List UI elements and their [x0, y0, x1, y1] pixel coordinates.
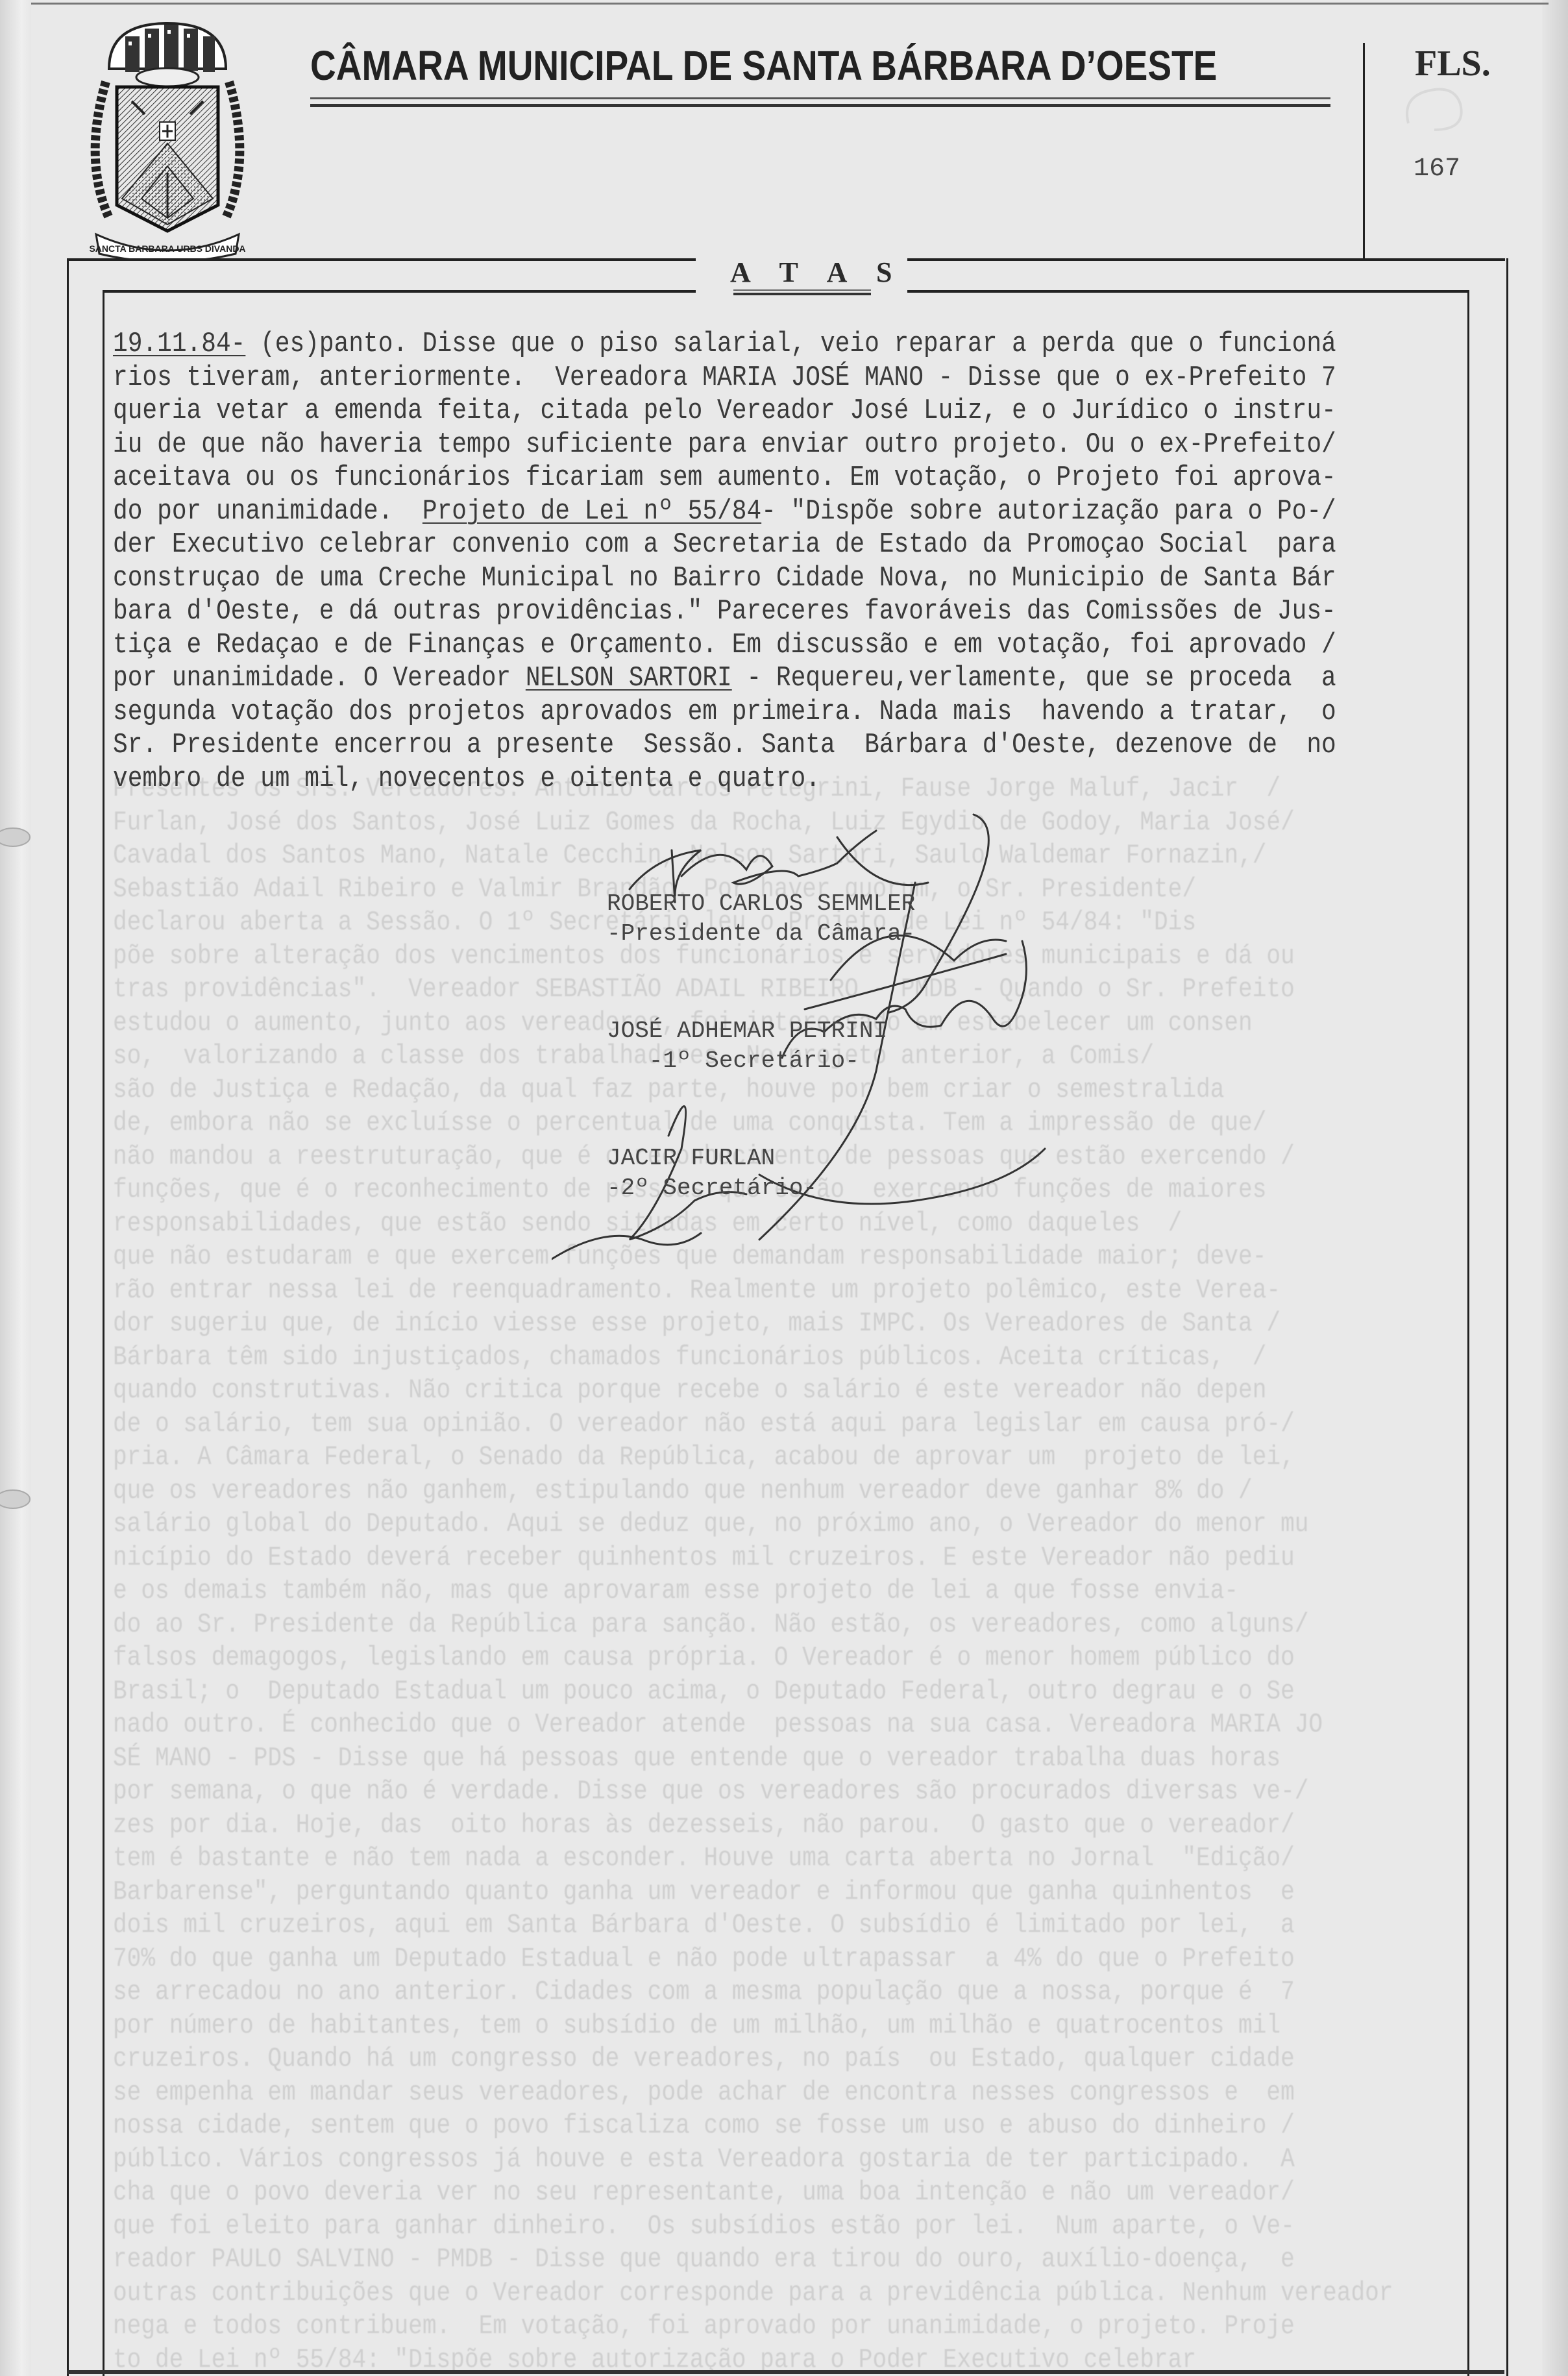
underlined-reference: Projeto de Lei nº 55/84	[423, 495, 761, 528]
text-segment: - "Dispõe sobre autorização para o Po-/	[761, 495, 1336, 528]
title-rule	[310, 97, 1330, 99]
text-segment: tiça e Redaçao e de Finanças e Orçamento…	[113, 629, 1336, 661]
section-title-underline	[733, 289, 871, 291]
page-binding-edge	[0, 0, 31, 2376]
minutes-line: vembro de um mil, novecentos e oitenta e…	[113, 763, 1296, 796]
bleed-through-line: quando construtivas. Não critica porque …	[113, 1374, 1296, 1408]
bleed-through-line: falsos demagogos, legislando em causa pr…	[113, 1641, 1296, 1675]
bleed-through-line: salário global do Deputado. Aqui se dedu…	[113, 1508, 1296, 1541]
bleed-through-line: se arrecadou no ano anterior. Cidades co…	[113, 1976, 1296, 2009]
signatory-block: ROBERTO CARLOS SEMMLER -Presidente da Câ…	[607, 889, 915, 1203]
text-segment: bara d'Oeste, e dá outras providências."…	[113, 595, 1336, 628]
page-right-edge	[1542, 0, 1568, 2376]
bleed-through-line: 70% do que ganha um Deputado Estadual e …	[113, 1942, 1296, 1976]
text-segment: Sr. Presidente encerrou a presente Sessã…	[113, 729, 1336, 761]
section-title-underline	[733, 293, 871, 295]
bleed-through-line: zes por dia. Hoje, das oito horas às dez…	[113, 1809, 1296, 1843]
bleed-through-line: de o salário, tem sua opinião. O vereado…	[113, 1408, 1296, 1441]
minutes-line: der Executivo celebrar convenio com a Se…	[113, 528, 1296, 562]
text-segment: iu de que não haveria tempo suficiente p…	[113, 428, 1336, 461]
bleed-through-line: reador PAULO SALVINO - PMDB - Disse que …	[113, 2243, 1296, 2277]
text-segment: aceitava ou os funcionários ficariam sem…	[113, 461, 1336, 494]
underlined-reference: 19.11.84-	[113, 328, 245, 360]
text-segment: segunda votação dos projetos aprovados e…	[113, 696, 1336, 728]
bleed-through-line: Brasil; o Deputado Estadual um pouco aci…	[113, 1675, 1296, 1709]
text-segment: der Executivo celebrar convenio com a Se…	[113, 528, 1336, 561]
bleed-through-line: SÉ MANO - PDS - Disse que há pessoas que…	[113, 1742, 1296, 1776]
minutes-body: 19.11.84- (es)panto. Disse que o piso sa…	[113, 328, 1296, 796]
text-segment: construçao de uma Creche Municipal no Ba…	[113, 562, 1336, 594]
bleed-through-line: nicípio do Estado deverá receber quinhen…	[113, 1541, 1296, 1575]
bleed-through-line: que foi eleito para ganhar dinheiro. Os …	[113, 2210, 1296, 2244]
bleed-through-line: nossa cidade, sentem que o povo fiscaliz…	[113, 2109, 1296, 2143]
minutes-line: 19.11.84- (es)panto. Disse que o piso sa…	[113, 328, 1296, 361]
bleed-through-line: Bárbara têm sido injustiçados, chamados …	[113, 1341, 1296, 1375]
minutes-line: tiça e Redaçao e de Finanças e Orçamento…	[113, 629, 1296, 663]
signatory-role: -1º Secretário-	[607, 1046, 915, 1076]
bleed-through-line: nado outro. É conhecido que o Vereador a…	[113, 1708, 1296, 1742]
text-segment: (es)panto. Disse que o piso salarial, ve…	[245, 328, 1336, 360]
bleed-through-line: se empenha em mandar seus vereadores, po…	[113, 2076, 1296, 2110]
binder-ring-hole	[0, 818, 39, 857]
text-segment: do por unanimidade.	[113, 495, 423, 528]
bleed-through-line: por número de habitantes, tem o subsídio…	[113, 2009, 1296, 2043]
bleed-through-line: Barbarense", perguntando quanto ganha um…	[113, 1876, 1296, 1909]
minutes-line: rios tiveram, anteriormente. Vereadora M…	[113, 361, 1296, 395]
frame-rule	[907, 290, 1467, 293]
minutes-line: por unanimidade. O Vereador NELSON SARTO…	[113, 662, 1296, 696]
signatory-name: JACIR FURLAN	[607, 1144, 915, 1173]
municipal-coat-of-arms-icon: SANCTA BARBARA URBS DIVANDA	[70, 10, 265, 260]
bleed-through-line: do ao Sr. Presidente da República para s…	[113, 1608, 1296, 1642]
bleed-through-line: cha que o povo deveria ver no seu repres…	[113, 2176, 1296, 2210]
minutes-line: do por unanimidade. Projeto de Lei nº 55…	[113, 495, 1296, 529]
title-rule	[310, 104, 1330, 107]
minutes-line: iu de que não haveria tempo suficiente p…	[113, 428, 1296, 462]
section-title: A T A S	[730, 256, 904, 289]
minutes-line: bara d'Oeste, e dá outras providências."…	[113, 595, 1296, 629]
folio-number: 167	[1414, 154, 1460, 184]
bleed-through-line: dois mil cruzeiros, aqui em Santa Bárbar…	[113, 1909, 1296, 1942]
bleed-through-line: que os vereadores não ganhem, estipuland…	[113, 1475, 1296, 1508]
page-top-border	[31, 3, 1549, 5]
text-segment: rios tiveram, anteriormente. Vereadora M…	[113, 361, 1336, 394]
bleed-through-line: dor sugeriu que, de início viesse esse p…	[113, 1307, 1296, 1341]
bleed-through-line: tem é bastante e não tem nada a esconder…	[113, 1842, 1296, 1876]
bleed-through-line: por semana, o que não é verdade. Disse q…	[113, 1775, 1296, 1809]
minutes-line: segunda votação dos projetos aprovados e…	[113, 696, 1296, 729]
bleed-through-line: pria. A Câmara Federal, o Senado da Repú…	[113, 1441, 1296, 1475]
bleed-through-line: público. Vários congressos já houve e es…	[113, 2143, 1296, 2177]
text-segment: queria vetar a emenda feita, citada pelo…	[113, 395, 1336, 427]
bleed-through-line: cruzeiros. Quando há um congresso de ver…	[113, 2042, 1296, 2076]
minutes-line: construçao de uma Creche Municipal no Ba…	[113, 562, 1296, 596]
frame-rule	[103, 290, 696, 293]
svg-text:SANCTA BARBARA URBS DIVANDA: SANCTA BARBARA URBS DIVANDA	[89, 243, 245, 254]
signatory-role: -Presidente da Câmara-	[607, 919, 915, 949]
text-segment: vembro de um mil, novecentos e oitenta e…	[113, 763, 820, 795]
minutes-line: aceitava ou os funcionários ficariam sem…	[113, 461, 1296, 495]
underlined-reference: NELSON SARTORI	[526, 662, 732, 694]
signatory-name: ROBERTO CARLOS SEMMLER	[607, 889, 915, 919]
signatory-name: JOSÉ ADHEMAR PETRINI	[607, 1016, 915, 1046]
signatory-role: -2º Secretário-	[607, 1173, 915, 1203]
minutes-line: queria vetar a emenda feita, citada pelo…	[113, 395, 1296, 428]
frame-bottom-rule	[67, 2370, 1504, 2374]
frame-rule	[67, 258, 696, 261]
faded-stamp	[1395, 71, 1486, 143]
institution-title: CÂMARA MUNICIPAL DE SANTA BÁRBARA D’OEST…	[310, 42, 1217, 90]
text-segment: por unanimidade. O Vereador	[113, 662, 526, 694]
bleed-through-line: nega e todos contribuem. Em votação, foi…	[113, 2310, 1296, 2344]
minutes-line: Sr. Presidente encerrou a presente Sessã…	[113, 729, 1296, 763]
frame-rule	[907, 258, 1505, 261]
folio-divider	[1363, 43, 1365, 261]
binder-ring-hole	[0, 1480, 39, 1519]
bleed-through-line: e os demais também não, mas que aprovara…	[113, 1574, 1296, 1608]
text-segment: - Requereu,verlamente, que se proceda a	[732, 662, 1336, 694]
bleed-through-line: outras contribuições que o Vereador corr…	[113, 2277, 1296, 2310]
